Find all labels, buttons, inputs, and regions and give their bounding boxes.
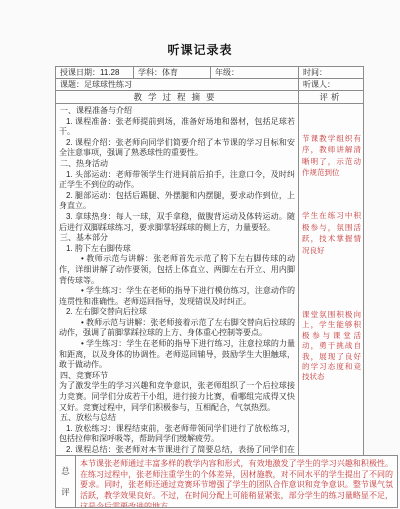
overall-review-text: 本节课张老师通过丰富多样的教学内容和形式，有效地激发了学生的学习兴趣和积极性。在… (76, 456, 397, 507)
field-listener: 听课人： (299, 79, 363, 90)
overall-review-label-char-top: 总 (61, 465, 70, 477)
content-paragraph: 2. 课程介绍：张老师向同学们简要介绍了本节课的学习目标和安全注意事项，强调了熟… (59, 138, 295, 159)
topic-value: 足球球性练习 (84, 79, 132, 90)
overall-review-row: 总 评 本节课张老师通过丰富多样的教学内容和形式，有效地激发了学生的学习兴趣和积… (55, 455, 398, 508)
review-note: 课堂氛围积极向上，学生能够积极参与课堂活动，勇于挑战自我，展现了良好的学习态度和… (302, 310, 361, 383)
meta-row-1: 授课日期：11.28 学科：体育 年级： 时间： (56, 67, 363, 79)
content-paragraph: 1. 头部运动：老师带领学生行进间前后拍手，注意口令，及时纠正学生不到位的动作。 (59, 170, 295, 191)
topic-label: 课题： (60, 79, 84, 90)
content-paragraph: 1. 放松练习：课程结束前，张老师带领同学们进行了放松练习，包括拉伸和深呼吸等，… (59, 424, 295, 445)
meta-row-2: 课题：足球球性练习 听课人： (56, 79, 363, 91)
field-grade: 年级： (211, 67, 299, 78)
grade-label: 年级： (215, 67, 239, 78)
section-header-row: 教学过程摘要 评析 (56, 91, 363, 104)
content-paragraph: 1. 课程准备：张老师提前到场，准备好场地和器材，包括足球若干。 (59, 117, 295, 138)
overall-review-label: 总 评 (56, 456, 76, 507)
content-paragraph: 三、基本部分 (59, 233, 295, 244)
content-paragraph: 2. 腿部运动：包括后踢腿、外摆腿和内摆腿，要求动作到位，上身直立。 (59, 191, 295, 212)
content-paragraph: • 学生练习：学生在老师的指导下进行练习，注意拉球的力量和距离，以及身体的协调性… (59, 339, 295, 371)
teaching-process-content: 一、课程准备与介绍 1. 课程准备：张老师提前到场，准备好场地和器材，包括足球若… (56, 104, 299, 479)
subject-value: 体育 (162, 67, 178, 78)
page-title: 听课记录表 (0, 41, 400, 58)
listener-label: 听课人： (303, 79, 335, 90)
overall-review-label-char-bottom: 评 (61, 486, 70, 498)
main-row: 一、课程准备与介绍 1. 课程准备：张老师提前到场，准备好场地和器材，包括足球若… (56, 104, 363, 479)
record-table: 授课日期：11.28 学科：体育 年级： 时间： 课题：足球球性练习 听课人： … (55, 66, 364, 455)
content-paragraph: 为了激发学生的学习兴趣和竞争意识，张老师组织了一个后拉球接力竞赛。同学们分成若干… (59, 381, 295, 413)
content-paragraph: 五、放松与总结 (59, 413, 295, 424)
field-topic: 课题：足球球性练习 (56, 79, 299, 90)
process-summary-header: 教学过程摘要 (56, 91, 299, 103)
field-class-date: 授课日期：11.28 (56, 67, 134, 78)
content-paragraph: • 教师示范与讲解：张老师接着示范了左右脚交替向后拉球的动作，强调了前脚掌踩拉球… (59, 318, 295, 339)
review-header: 评析 (299, 91, 363, 103)
content-paragraph: 1. 胯下左右脚传球 (59, 244, 295, 255)
subject-label: 学科： (138, 67, 162, 78)
content-paragraph: • 教师示范与讲解：张老师首先示范了胯下左右脚传球的动作，详细讲解了动作要领，包… (59, 254, 295, 286)
content-paragraph: • 学生练习：学生在老师的指导下进行模仿练习，注意动作的连贯性和准确性。老师巡回… (59, 286, 295, 307)
review-note: 节课教学组织有序，教师讲解清晰明了，示范动作规范到位 (302, 133, 361, 178)
review-column: 节课教学组织有序，教师讲解清晰明了，示范动作规范到位 学生在练习中积极参与，氛围… (299, 104, 363, 479)
class-date-label: 授课日期： (60, 67, 100, 78)
class-date-value: 11.28 (100, 68, 119, 77)
content-paragraph: 四、竞赛环节 (59, 371, 295, 382)
content-paragraph: 3. 拿球热身：每人一球，双手拿稳，做腹背运动及体转运动。随后进行双脚踩球练习，… (59, 212, 295, 233)
content-paragraph: 2. 左右脚交替向后拉球 (59, 307, 295, 318)
content-paragraph: 二、热身活动 (59, 159, 295, 170)
review-note: 学生在练习中积极参与，氛围活跃，技术掌握情况良好 (302, 210, 361, 256)
time-label: 时间： (303, 67, 327, 78)
field-subject: 学科：体育 (134, 67, 211, 78)
content-paragraph: 一、课程准备与介绍 (59, 106, 295, 117)
field-time: 时间： (299, 67, 363, 78)
